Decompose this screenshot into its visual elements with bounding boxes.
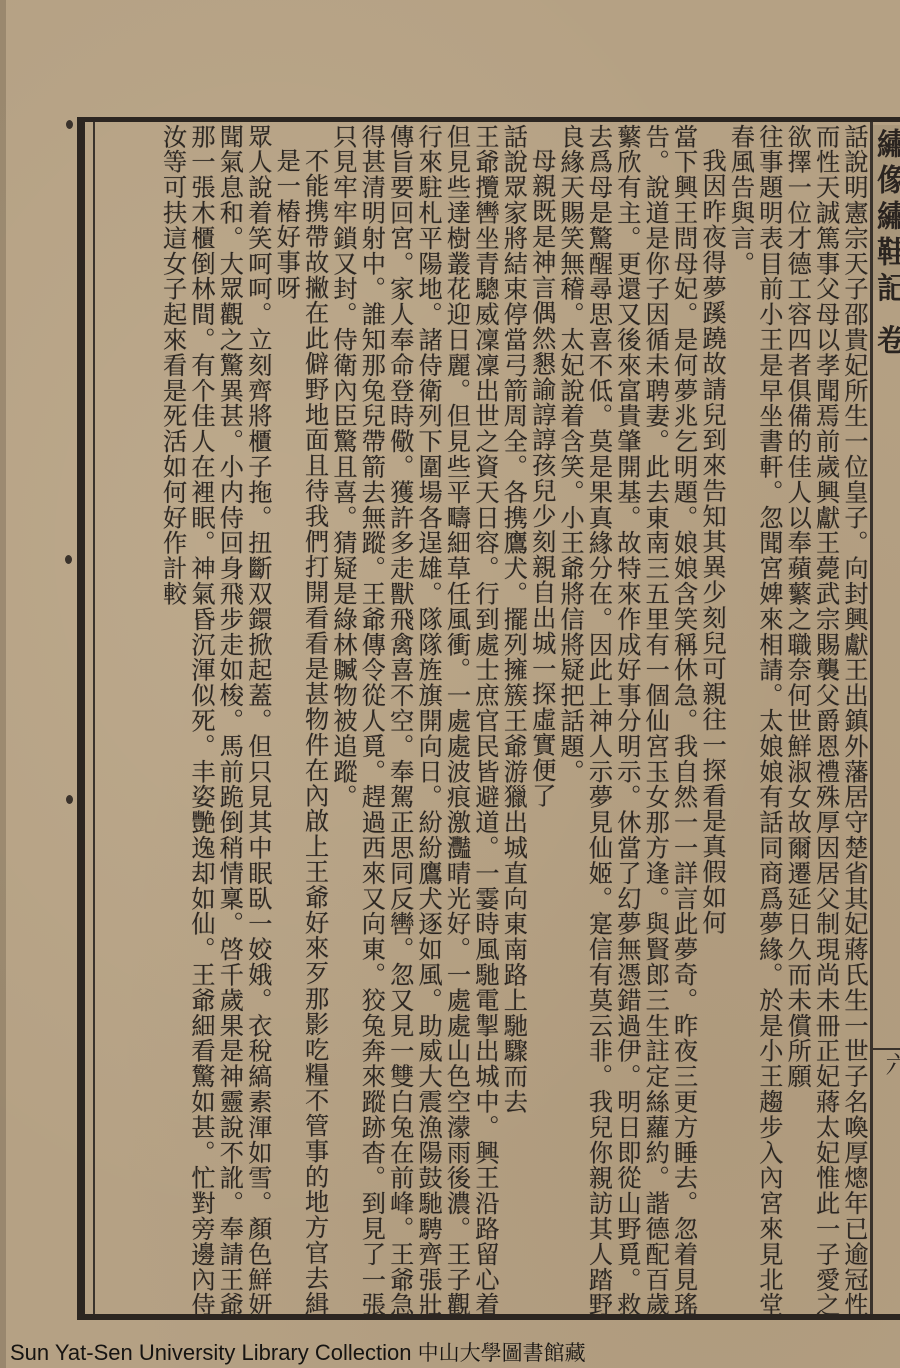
text-column: 我因昨夜得夢蹊蹺故請兒到來告知其異少刻兒可親往一探看是真假如何 — [698, 124, 726, 1314]
collection-credit-cn: 中山大學圖書館藏 — [418, 1341, 586, 1365]
margin-title: 繡像繡鞋記 卷 — [874, 128, 900, 360]
margin-separator — [872, 1048, 900, 1050]
text-column: 汝等可扶這女子起來看是死活如何好作計較 — [158, 124, 186, 1314]
text-column: 行來駐札平陽地。諸侍衛列下圍場各逞雄。隊隊旌旗開向日。紛紛鷹犬逐如風。助威大震漁… — [414, 124, 442, 1314]
text-column: 王爺攬轡坐青驄威凜凜出世之資天日容。行到處士庶官民皆避道。一霎時風馳電掣出城中。… — [471, 124, 499, 1314]
binding-hole — [66, 120, 73, 129]
binding-hole — [66, 795, 73, 804]
scanned-page: 繡像繡鞋記 卷 六 話說明憲宗天子邵貴妃所生一位皇子。向封興獻王出鎮外藩居守楚省… — [0, 0, 900, 1368]
text-column: 眾人說着笑呵呵。立刻齊將櫃子拖。扭斷双鐶掀起蓋。但只見其中眠臥一姣娥。衣稅縞素渾… — [243, 124, 271, 1314]
text-column: 聞氣息和。大眾觀之驚異甚。小内侍回身飛步走如梭。馬前跪倒稍情稟。啓千歲果是神靈說… — [215, 124, 243, 1314]
text-column: 傳旨要回宮。家人奉命登時儆。獲許多走獸飛禽喜不空。奉駕正思同反轡。忽又見一雙白兔… — [385, 124, 413, 1314]
text-column: 春風告與言。 — [726, 124, 754, 1314]
binding-hole — [65, 555, 72, 564]
text-column: 話說眾家將結束停當弓箭周全。各携鷹犬。擺列擁簇王爺游獵出城直向東南路上馳驟而去 — [499, 124, 527, 1314]
text-column: 那一張木櫃倒林間。有个佳人在裡眠。神氣昏沉渾似死。丰姿艷逸却如仙。王爺細看驚如甚… — [187, 124, 215, 1314]
page-number: 六 — [878, 1052, 900, 1076]
text-column: 當下興王問母妃。是何夢兆乞明題。娘娘含笑稱休急。我自然一一詳言此夢奇。昨夜三更方… — [669, 124, 697, 1314]
text-body: 話說明憲宗天子邵貴妃所生一位皇子。向封興獻王出鎮外藩居守楚省其妃蔣氏生一世子名喚… — [98, 124, 868, 1314]
text-column: 得甚清明射中。誰知那兔兒帶箭去無蹤。王爺傳令從人覓。趕過西來又向東。狡兔奔來蹤跡… — [357, 124, 385, 1314]
text-column: 話說明憲宗天子邵貴妃所生一位皇子。向封興獻王出鎮外藩居守楚省其妃蔣氏生一世子名喚… — [840, 124, 868, 1314]
text-column: 母親既是神言偶然懇諭諄諄孩兒少刻親自出城一探虛實便了 — [527, 124, 555, 1314]
text-column: 而性天誠篤事父母以孝聞焉前歲興獻王薨武宗賜襲父爵恩禮殊厚因居父制現尚未冊正妃蔣太… — [811, 124, 839, 1314]
collection-credit-en: Sun Yat-Sen University Library Collectio… — [10, 1340, 411, 1365]
text-column: 只見牢牢鎖又封。侍衛內臣驚且喜。猜疑是綠林贓物被追蹤。 — [329, 124, 357, 1314]
text-column: 蘩欣有主。更還又後來富貴肇開基。故特來作成好事分明示。休當了幻夢無憑錯過伊。明日… — [612, 124, 640, 1314]
page-edge-shadow — [0, 0, 6, 1368]
text-column: 去爲母是驚醒尋思喜不低。莫是果真緣分在。因此上神人示夢見仙姬。寔信有莫云非。我兒… — [584, 124, 612, 1314]
text-column: 是一樁好事呀 — [272, 124, 300, 1314]
text-column: 不能携帶故撇在此僻野地面且待我們打開看看是甚物件在內啟上王爺好來歹那影吃糧不管事… — [300, 124, 328, 1314]
text-column: 欲擇一位才德工容四者俱備的佳人以奉蘋蘩之職奈何世鮮淑女故爾遷延日久而未償所願 — [783, 124, 811, 1314]
text-column: 但見些達樹叢花迎日麗。但見些平疇細草任風衝。一處處波痕激灩晴光好。一處處山色空濛… — [442, 124, 470, 1314]
text-column: 良緣天賜笑無稽。太妃說着含笑。小王爺將信將疑把話題。 — [556, 124, 584, 1314]
text-column: 往事題明表目前小王是早坐書軒。忽聞宮婢來相請。太娘娘有話同商爲夢緣。於是小王趨步… — [754, 124, 782, 1314]
text-column: 告。說道是你子因循未聘妻。此去東南三五里有一個仙宮玉女那方逢。與賢郎三生註定絲蘿… — [641, 124, 669, 1314]
frame-inner-rule — [93, 122, 95, 1314]
collection-credit: Sun Yat-Sen University Library Collectio… — [0, 1338, 900, 1368]
